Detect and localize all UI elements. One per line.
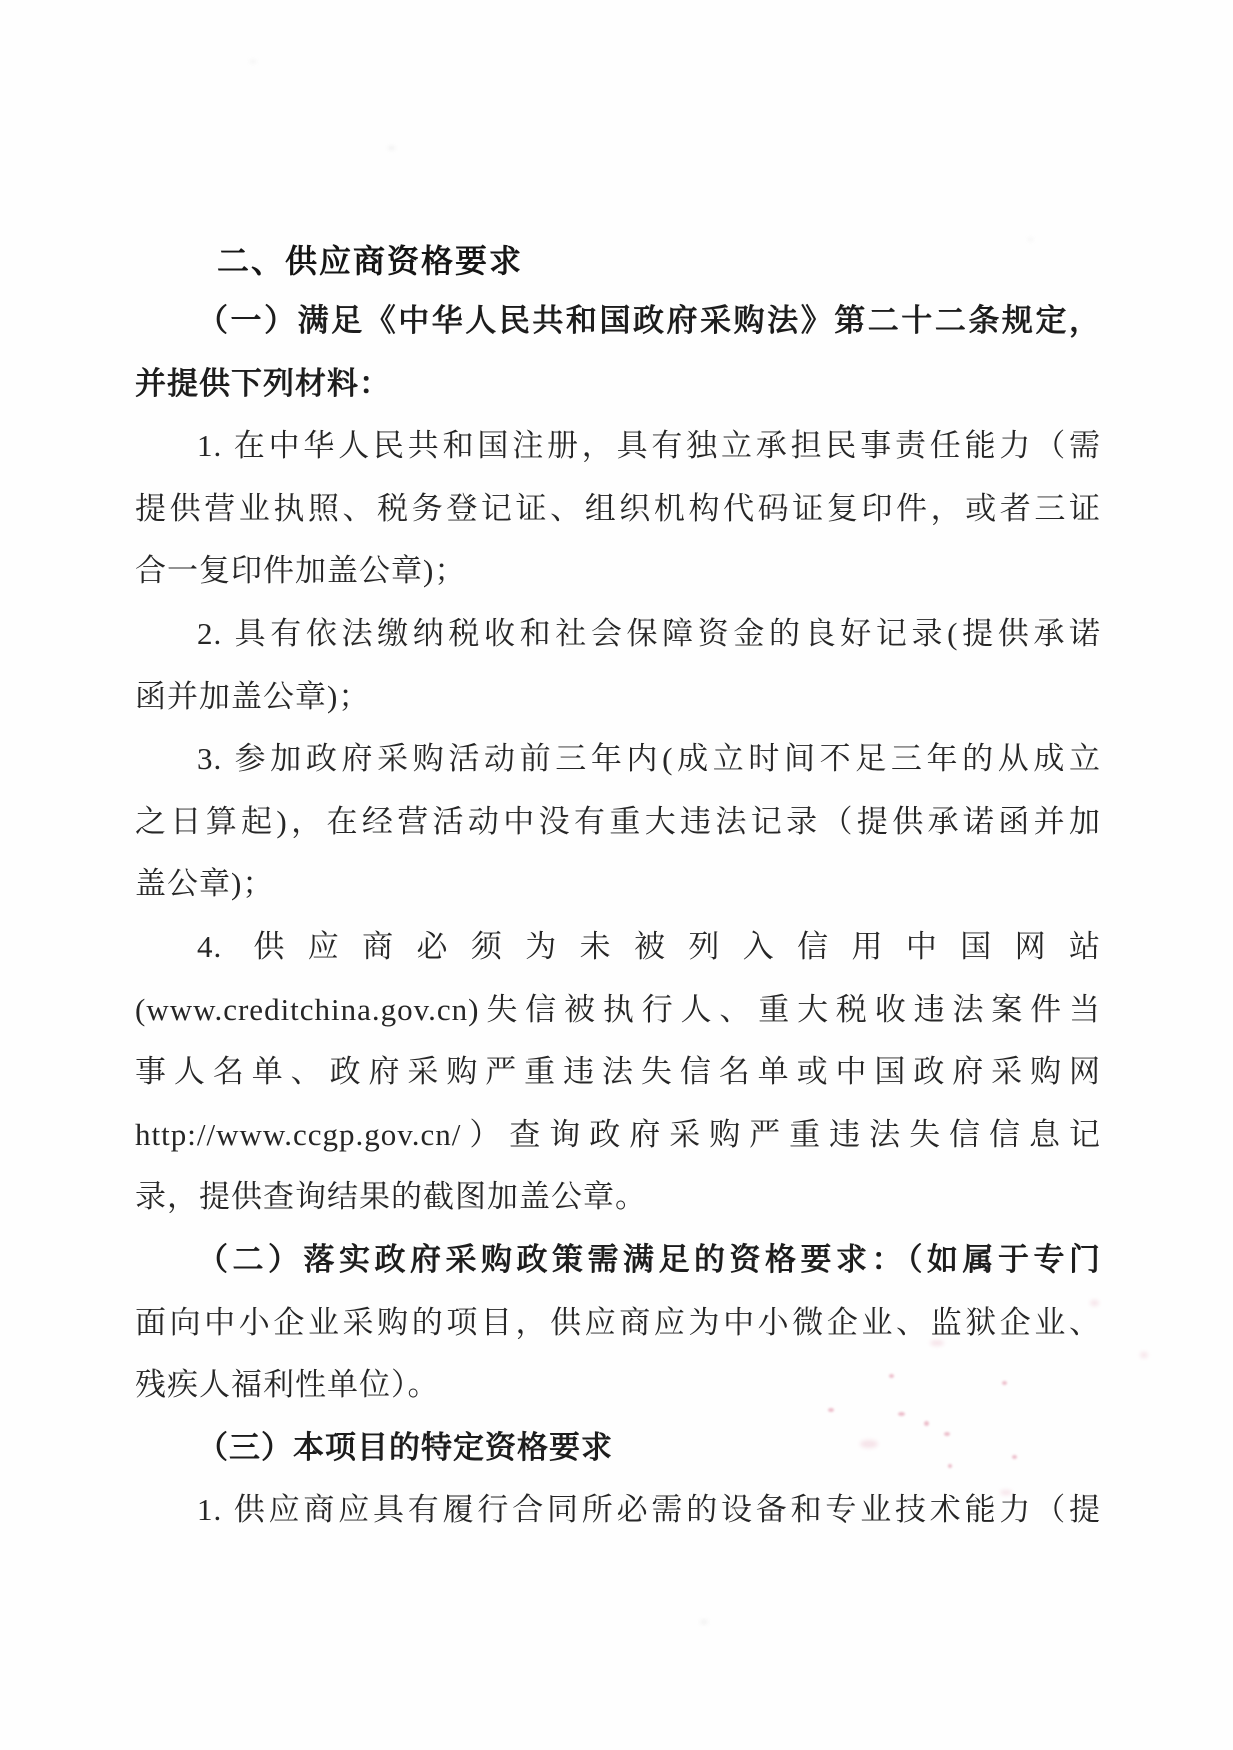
doc-line-2: 并提供下列材料： [135, 353, 1101, 416]
doc-line-15: 录，提供查询结果的截图加盖公章。 [135, 1166, 1101, 1229]
doc-line-1: （一）满足《中华人民共和国政府采购法》第二十二条规定， [135, 290, 1101, 353]
doc-line-7: 函并加盖公章)； [135, 666, 1101, 729]
scan-artifact [1140, 1352, 1148, 1358]
scan-artifact [388, 146, 395, 150]
doc-line-8: 3. 参加政府采购活动前三年内(成立时间不足三年的从成立 [135, 728, 1101, 791]
section-heading: 二、供应商资格要求 [217, 240, 1101, 282]
doc-line-19: （三）本项目的特定资格要求 [135, 1417, 1101, 1480]
document-body: 二、供应商资格要求 （一）满足《中华人民共和国政府采购法》第二十二条规定， 并提… [135, 240, 1101, 1542]
doc-line-14: http://www.ccgp.gov.cn/）查询政府采购严重违法失信信息记 [135, 1104, 1101, 1167]
doc-line-16: （二）落实政府采购政策需满足的资格要求：（如属于专门 [135, 1229, 1101, 1292]
doc-line-12: (www.creditchina.gov.cn)失信被执行人、重大税收违法案件当 [135, 979, 1101, 1042]
doc-line-6: 2. 具有依法缴纳税收和社会保障资金的良好记录(提供承诺 [135, 603, 1101, 666]
doc-line-13: 事人名单、政府采购严重违法失信名单或中国政府采购网 [135, 1041, 1101, 1104]
scan-artifact [700, 1620, 708, 1624]
doc-line-3: 1. 在中华人民共和国注册，具有独立承担民事责任能力（需 [135, 415, 1101, 478]
doc-line-18: 残疾人福利性单位）。 [135, 1354, 1101, 1417]
doc-line-5: 合一复印件加盖公章)； [135, 540, 1101, 603]
scan-artifact [250, 60, 256, 63]
doc-line-10: 盖公章)； [135, 853, 1101, 916]
doc-line-20: 1. 供应商应具有履行合同所必需的设备和专业技术能力（提 [135, 1479, 1101, 1542]
scanned-page: 二、供应商资格要求 （一）满足《中华人民共和国政府采购法》第二十二条规定， 并提… [0, 0, 1233, 1750]
doc-line-17: 面向中小企业采购的项目，供应商应为中小微企业、监狱企业、 [135, 1292, 1101, 1355]
doc-line-11: 4. 供应商必须为未被列入信用中国网站 [135, 916, 1101, 979]
doc-line-4: 提供营业执照、税务登记证、组织机构代码证复印件，或者三证 [135, 478, 1101, 541]
paragraph-block: （一）满足《中华人民共和国政府采购法》第二十二条规定， 并提供下列材料： 1. … [135, 290, 1101, 1542]
doc-line-9: 之日算起)，在经营活动中没有重大违法记录（提供承诺函并加 [135, 791, 1101, 854]
